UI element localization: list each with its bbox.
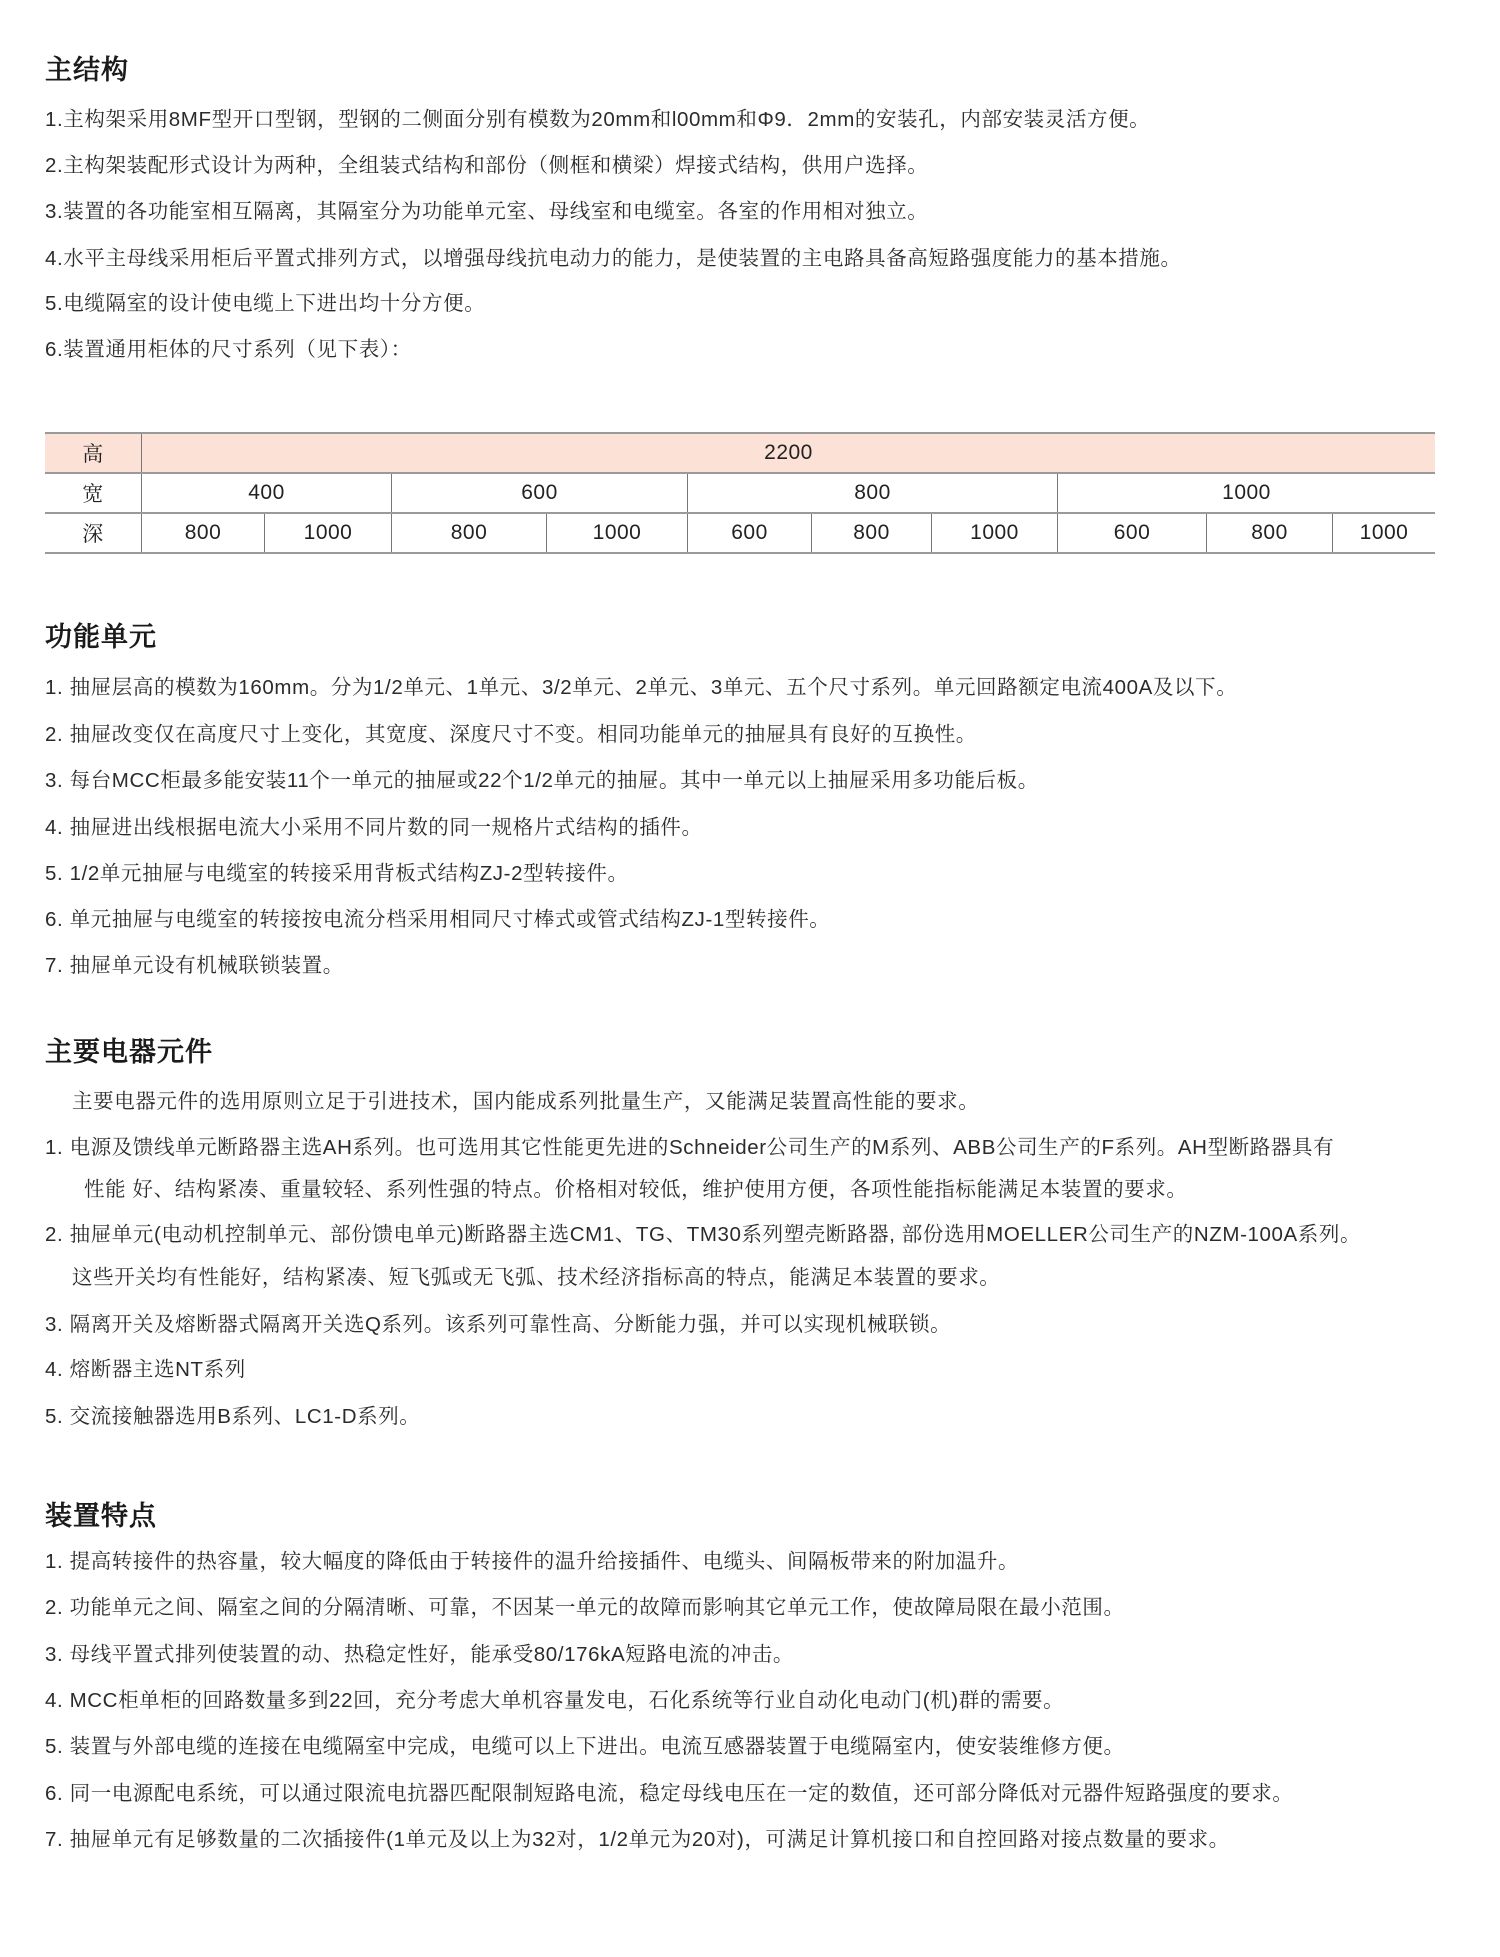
section-title-functional-units: 功能单元 [45,615,157,654]
depth-value: 1000 [264,514,391,552]
list-item: 2. 抽屉单元(电动机控制单元、部份馈电单元)断路器主选CM1、TG、TM30系… [45,1221,1361,1249]
list-item-continuation: 这些开关均有性能好，结构紧凑、短飞弧或无飞弧、技术经济指标高的特点，能满足本装置… [72,1264,1000,1292]
table-row-width: 宽 400 600 800 1000 [45,474,1435,514]
intro-paragraph: 主要电器元件的选用原则立足于引进技术，国内能成系列批量生产，又能满足装置高性能的… [72,1088,979,1116]
list-item: 2. 功能单元之间、隔室之间的分隔清晰、可靠，不因某一单元的故障而影响其它单元工… [45,1594,1125,1622]
list-item: 1. 提高转接件的热容量，较大幅度的降低由于转接件的温升给接插件、电缆头、间隔板… [45,1548,1019,1576]
list-item: 4. 抽屉进出线根据电流大小采用不同片数的同一规格片式结构的插件。 [45,814,703,842]
table-row-depth: 深 800 1000 800 1000 600 800 1000 600 800… [45,514,1435,554]
list-item: 5. 装置与外部电缆的连接在电缆隔室中完成，电缆可以上下进出。电流互感器装置于电… [45,1733,1125,1761]
depth-value: 800 [1206,514,1332,552]
depth-value: 600 [687,514,811,552]
row-label-height: 高 [45,434,141,472]
width-value: 800 [687,474,1057,512]
list-item: 6.装置通用柜体的尺寸系列（见下表）： [45,336,412,364]
depth-value: 800 [811,514,931,552]
list-item: 4.水平主母线采用柜后平置式排列方式，以增强母线抗电动力的能力，是使装置的主电路… [45,245,1182,273]
list-item: 1.主构架采用8MF型开口型钢，型钢的二侧面分别有模数为20mm和l00mm和Φ… [45,106,1150,134]
width-value: 1000 [1057,474,1435,512]
section-title-features: 装置特点 [45,1494,157,1533]
depth-value: 800 [391,514,546,552]
list-item: 2. 抽屉改变仅在高度尺寸上变化，其宽度、深度尺寸不变。相同功能单元的抽屉具有良… [45,721,977,749]
depth-value: 1000 [1332,514,1435,552]
list-item: 3. 每台MCC柜最多能安装11个一单元的抽屉或22个1/2单元的抽屉。其中一单… [45,767,1039,795]
list-item: 3.装置的各功能室相互隔离，其隔室分为功能单元室、母线室和电缆室。各室的作用相对… [45,198,928,226]
width-value: 600 [391,474,687,512]
section-title-main-structure: 主结构 [45,48,129,87]
list-item: 6. 单元抽屉与电缆室的转接按电流分档采用相同尺寸棒式或管式结构ZJ-1型转接件… [45,906,830,934]
list-item: 3. 隔离开关及熔断器式隔离开关选Q系列。该系列可靠性高、分断能力强，并可以实现… [45,1311,951,1339]
depth-value: 800 [141,514,264,552]
depth-value: 1000 [546,514,687,552]
list-item: 1. 抽屉层高的模数为160mm。分为1/2单元、1单元、3/2单元、2单元、3… [45,674,1237,702]
list-item: 2.主构架装配形式设计为两种，全组装式结构和部份（侧框和横梁）焊接式结构，供用户… [45,152,928,180]
table-row-height: 高 2200 [45,432,1435,474]
depth-value: 1000 [931,514,1057,552]
row-label-width: 宽 [45,474,141,512]
list-item: 5. 交流接触器选用B系列、LC1-D系列。 [45,1403,420,1431]
list-item: 1. 电源及馈线单元断路器主选AH系列。也可选用其它性能更先进的Schneide… [45,1134,1334,1162]
height-value: 2200 [141,434,1435,472]
row-label-depth: 深 [45,514,141,552]
cabinet-size-table: 高 2200 宽 400 600 800 1000 深 800 1000 800… [45,432,1435,553]
list-item: 5. 1/2单元抽屉与电缆室的转接采用背板式结构ZJ-2型转接件。 [45,860,629,888]
list-item: 3. 母线平置式排列使装置的动、热稳定性好，能承受80/176kA短路电流的冲击… [45,1641,794,1669]
width-value: 400 [141,474,391,512]
list-item: 7. 抽屉单元设有机械联锁装置。 [45,952,344,980]
list-item: 4. MCC柜单柜的回路数量多到22回，充分考虑大单机容量发电，石化系统等行业自… [45,1687,1064,1715]
depth-value: 600 [1057,514,1206,552]
section-title-main-components: 主要电器元件 [45,1030,213,1069]
list-item: 4. 熔断器主选NT系列 [45,1356,246,1384]
list-item: 6. 同一电源配电系统，可以通过限流电抗器匹配限制短路电流，稳定母线电压在一定的… [45,1780,1293,1808]
list-item: 5.电缆隔室的设计使电缆上下进出均十分方便。 [45,290,485,318]
list-item-continuation: 性能 好、结构紧凑、重量较轻、系列性强的特点。价格相对较低，维护使用方便，各项性… [84,1176,1188,1204]
list-item: 7. 抽屉单元有足够数量的二次插接件(1单元及以上为32对，1/2单元为20对)… [45,1826,1230,1854]
